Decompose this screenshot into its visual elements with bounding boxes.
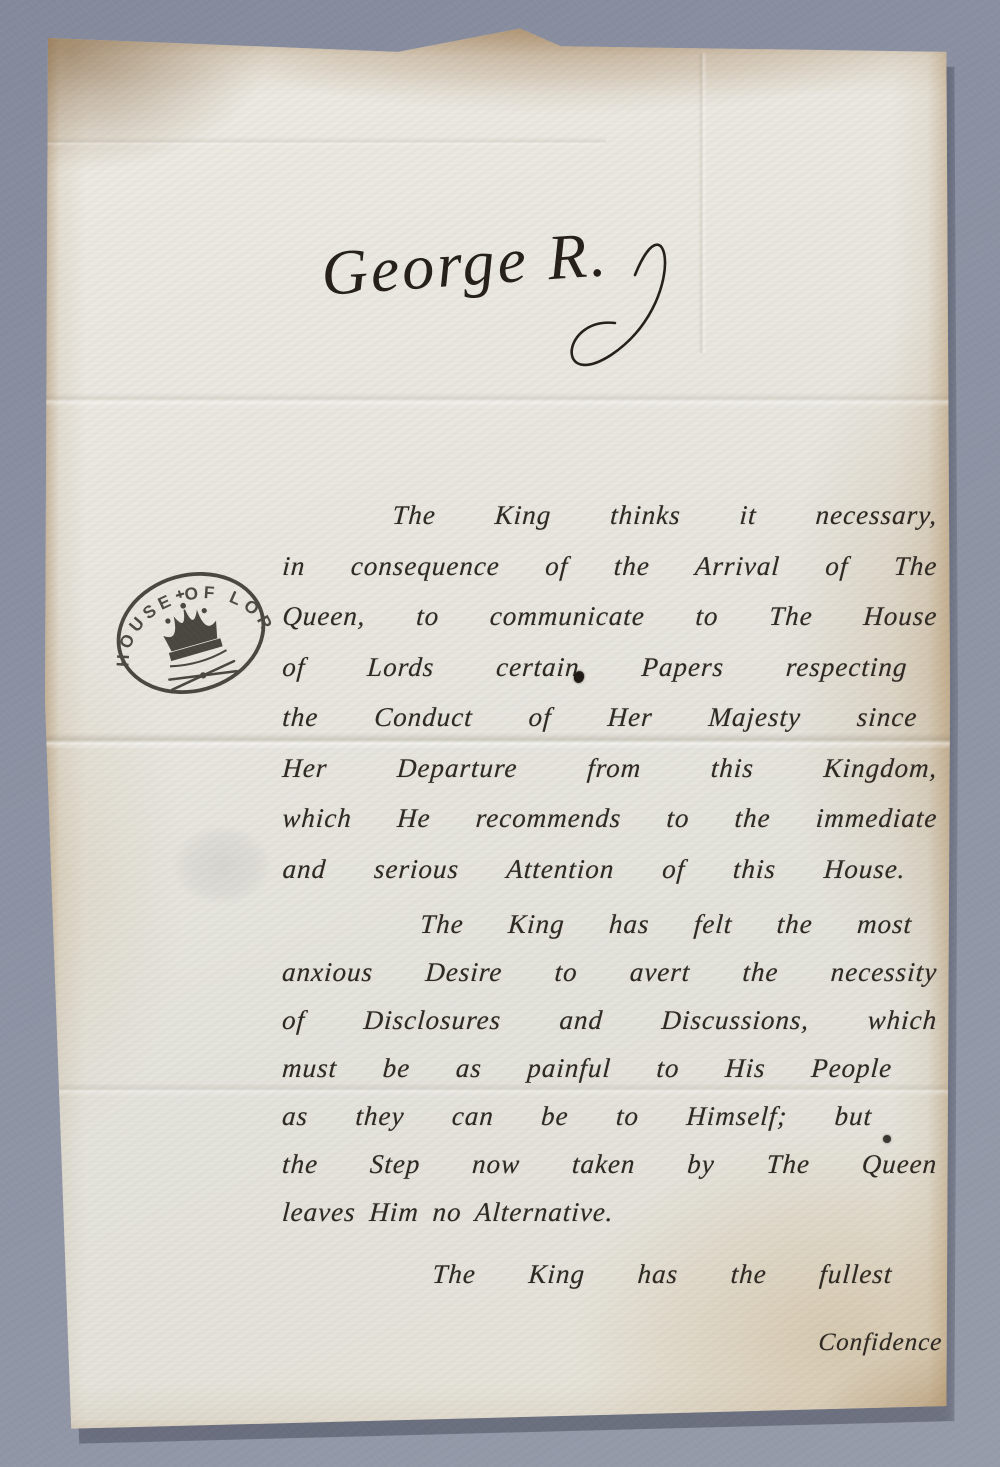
letter-line: must be as painful to His People xyxy=(280,1053,893,1101)
letter-line: and serious Attention of this House. xyxy=(280,854,907,909)
photo-backdrop: George R. HOUSE OF LORDS xyxy=(0,0,1000,1467)
letter-line: The King has the fullest xyxy=(280,1259,893,1309)
letter-line: as they can be to Himself; but xyxy=(280,1101,873,1149)
signature-text: George R. xyxy=(319,218,611,309)
signature-svg: George R. xyxy=(303,183,733,413)
letter-line: the Step now taken by The Queen xyxy=(280,1149,938,1197)
letter-line: in consequence of the Arrival of The xyxy=(280,551,939,602)
manuscript-paper: George R. HOUSE OF LORDS xyxy=(45,25,950,1440)
letter-line: of Lords certain Papers respecting xyxy=(280,652,909,703)
stamp-bleed-through xyxy=(157,813,287,917)
ink-blot xyxy=(883,1135,891,1143)
letter-line: of Disclosures and Discussions, which xyxy=(280,1005,938,1053)
royal-signature: George R. xyxy=(303,183,733,413)
letter-line: which He recommends to the immediate xyxy=(280,803,939,854)
catchword: Confidence xyxy=(280,1329,943,1377)
letter-line: the Conduct of Her Majesty since xyxy=(280,702,919,753)
letter-body: The King thinks it necessary, in consequ… xyxy=(280,500,940,1377)
letter-line: leaves Him no Alternative. xyxy=(280,1197,938,1245)
letter-line: anxious Desire to avert the necessity xyxy=(280,957,938,1005)
letter-line: The King thinks it necessary, xyxy=(280,500,939,551)
letter-line: The King has felt the most xyxy=(280,909,913,957)
letter-line: Queen, to communicate to The House xyxy=(280,601,939,652)
letter-line: Her Departure from this Kingdom, xyxy=(280,753,939,804)
